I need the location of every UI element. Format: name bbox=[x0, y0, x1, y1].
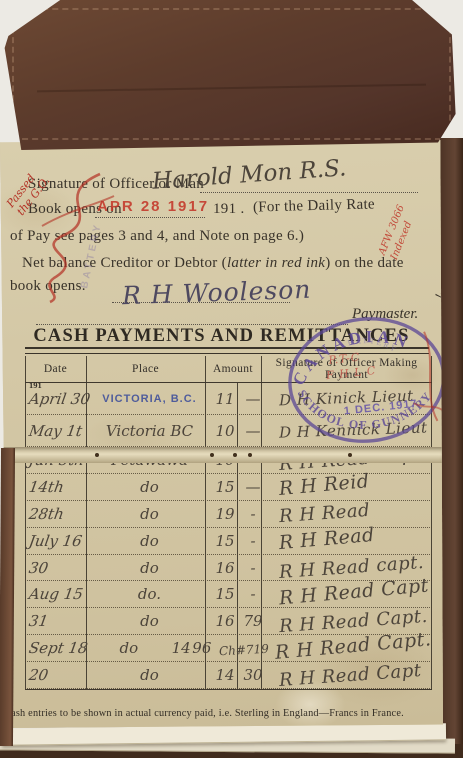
cell-signature: R H Reid bbox=[265, 476, 432, 498]
cell-amount-dollars: 15 bbox=[209, 478, 241, 496]
cell-date: 31 bbox=[24, 612, 92, 630]
leather-cover-right-edge bbox=[440, 138, 463, 758]
cell-amount-dollars: 10 bbox=[209, 422, 241, 440]
cell-place: Victoria BC bbox=[90, 422, 209, 440]
table-row: 14th do 15 — R H Reid bbox=[25, 474, 432, 501]
cell-amount-dollars: 16 bbox=[209, 559, 241, 577]
signature-handwriting: R H Read bbox=[278, 523, 376, 553]
signature-handwriting: D H Kinick Lieut bbox=[279, 387, 414, 410]
cash-payments-table: Date Place Amount Signature of Officer M… bbox=[25, 356, 432, 690]
cell-amount-cents: - bbox=[241, 532, 265, 550]
signature-handwriting: D H Kennick Lieut bbox=[279, 418, 428, 441]
cell-amount-dollars: 19 bbox=[209, 505, 241, 523]
net-balance-line: Net balance Creditor or Debtor (latter i… bbox=[22, 255, 404, 272]
signature-handwriting: R H Read Capt bbox=[278, 660, 422, 691]
file-reference-annotation: AFW 3066 Indexed bbox=[376, 203, 420, 262]
cell-amount-cents: — bbox=[241, 390, 265, 408]
cell-signature: Ch#719R H Read Capt. bbox=[211, 637, 432, 659]
cell-signature: R H Read Capt bbox=[265, 583, 432, 605]
year-printed-digits: 191 . bbox=[213, 201, 245, 218]
cell-signature: D H Kennick Lieut bbox=[265, 421, 432, 440]
table-footnote: Cash entries to be shown in actual curre… bbox=[4, 708, 424, 719]
cell-amount-dollars: 14 bbox=[209, 666, 241, 684]
cell-amount-cents: 30 bbox=[241, 666, 265, 684]
cell-date: 20 bbox=[24, 666, 92, 684]
cell-signature: R H Read capt. bbox=[265, 557, 432, 578]
cell-date: 14th bbox=[24, 478, 92, 496]
cell-place: do bbox=[88, 639, 170, 657]
cheque-note: Ch#719 bbox=[219, 642, 270, 659]
header-date: Date bbox=[25, 363, 86, 375]
cell-amount-cents: — bbox=[241, 422, 265, 440]
table-row: 20 do 14 30 R H Read Capt bbox=[25, 662, 432, 689]
page-fold-crease bbox=[0, 447, 443, 463]
cell-place: VICTORIA, B.C. bbox=[90, 393, 209, 405]
cell-amount-dollars: 11 bbox=[209, 390, 241, 408]
cell-date: July 16 bbox=[24, 532, 92, 550]
cover-stitching bbox=[12, 8, 451, 140]
cell-date: 30 bbox=[24, 559, 92, 577]
table-row: July 16 do 15 - R H Read bbox=[25, 528, 432, 555]
signature-handwriting: R H Read bbox=[278, 500, 370, 527]
cell-amount-dollars: 15 bbox=[209, 585, 241, 603]
dotted-leader bbox=[36, 322, 348, 325]
leather-cover-flap bbox=[0, 0, 463, 150]
net-balance-pre: Net balance Creditor or Debtor ( bbox=[22, 255, 227, 271]
cell-place: do bbox=[90, 559, 209, 577]
daily-rate-line2: of Pay see pages 3 and 4, and Note on pa… bbox=[10, 228, 304, 245]
paybook-scan: Signature of Officer or Man Harold Mon R… bbox=[0, 0, 463, 758]
paybook-page: Signature of Officer or Man Harold Mon R… bbox=[0, 140, 443, 728]
header-signature: Signature of Officer Making Payment bbox=[261, 357, 432, 381]
table-row: Aug 15 do. 15 - R H Read Capt bbox=[25, 581, 432, 608]
cell-place: do bbox=[90, 505, 209, 523]
signature-handwriting: R H Reid bbox=[278, 470, 370, 500]
staple-hole bbox=[95, 453, 99, 457]
leather-cover-left-edge bbox=[0, 448, 15, 746]
cell-date: 28th bbox=[24, 505, 92, 523]
cell-amount-dollars: 14 bbox=[170, 639, 192, 657]
cell-amount-cents: - bbox=[241, 585, 265, 603]
cell-place: do bbox=[90, 478, 209, 496]
paymaster-signature-handwriting: R H Wooleson bbox=[122, 275, 312, 311]
cell-date: May 1t bbox=[24, 422, 92, 440]
header-amount: Amount bbox=[205, 363, 261, 375]
table-row: 30 do 16 - R H Read capt. bbox=[25, 555, 432, 582]
cell-date: Aug 15 bbox=[24, 585, 92, 603]
cell-amount-cents: 79 bbox=[241, 612, 265, 630]
net-balance-italic: latter in red ink bbox=[227, 255, 325, 271]
staple-hole bbox=[248, 453, 252, 457]
table-row: April 30 VICTORIA, B.C. 11 — D H Kinick … bbox=[25, 383, 432, 415]
dotted-leader bbox=[95, 215, 205, 218]
book-opens-tail: book opens. bbox=[10, 278, 86, 295]
header-place: Place bbox=[86, 363, 205, 375]
date-received-stamp: APR 28 1917 bbox=[97, 198, 209, 215]
cell-amount-dollars: 15 bbox=[209, 532, 241, 550]
table-bottom-rule bbox=[25, 689, 432, 690]
cell-place: do bbox=[90, 666, 209, 684]
staple-hole bbox=[233, 453, 237, 457]
officer-name-handwriting: Harold Mon R.S. bbox=[151, 155, 347, 194]
cell-place: do bbox=[90, 532, 209, 550]
cell-signature: R H Read Capt bbox=[265, 665, 432, 686]
cell-amount-cents: — bbox=[241, 478, 265, 496]
cell-amount-dollars: 16 bbox=[209, 612, 241, 630]
title-rule bbox=[25, 347, 429, 354]
table-header-row: Date Place Amount Signature of Officer M… bbox=[25, 356, 432, 383]
cell-signature: R H Read bbox=[265, 530, 432, 552]
paymaster-label: Paymaster. bbox=[352, 306, 418, 323]
cell-amount-cents: 96 bbox=[192, 639, 211, 657]
page-title: CASH PAYMENTS AND REMITTANCES bbox=[18, 326, 425, 347]
cell-amount-cents: - bbox=[241, 559, 265, 577]
table-row: May 1t Victoria BC 10 — D H Kennick Lieu… bbox=[25, 415, 432, 447]
cell-amount-cents: - bbox=[241, 505, 265, 523]
table-body-bottom-page: Jun 5th Petawawa 10 — R H Read Capt 14th… bbox=[25, 447, 432, 689]
staple-hole bbox=[348, 453, 352, 457]
cell-date: April 30 bbox=[24, 390, 92, 408]
dotted-leader bbox=[200, 190, 418, 193]
table-row: 31 do 16 79 R H Read Capt. bbox=[25, 608, 432, 635]
daily-rate-line1: (For the Daily Rate bbox=[253, 196, 375, 216]
cell-signature: R H Read bbox=[265, 503, 432, 524]
staple-hole bbox=[210, 453, 214, 457]
table-row: Sept 18 do 14 96 Ch#719R H Read Capt. bbox=[25, 635, 432, 662]
cell-signature: D H Kinick Lieut bbox=[265, 389, 432, 408]
cell-date: Sept 18 bbox=[24, 639, 89, 657]
cell-place: do bbox=[90, 612, 209, 630]
table-body-top-page: 191 April 30 VICTORIA, B.C. 11 — D H Kin… bbox=[25, 383, 432, 447]
cell-place: do. bbox=[90, 585, 209, 603]
cell-signature: R H Read Capt. bbox=[265, 611, 432, 632]
